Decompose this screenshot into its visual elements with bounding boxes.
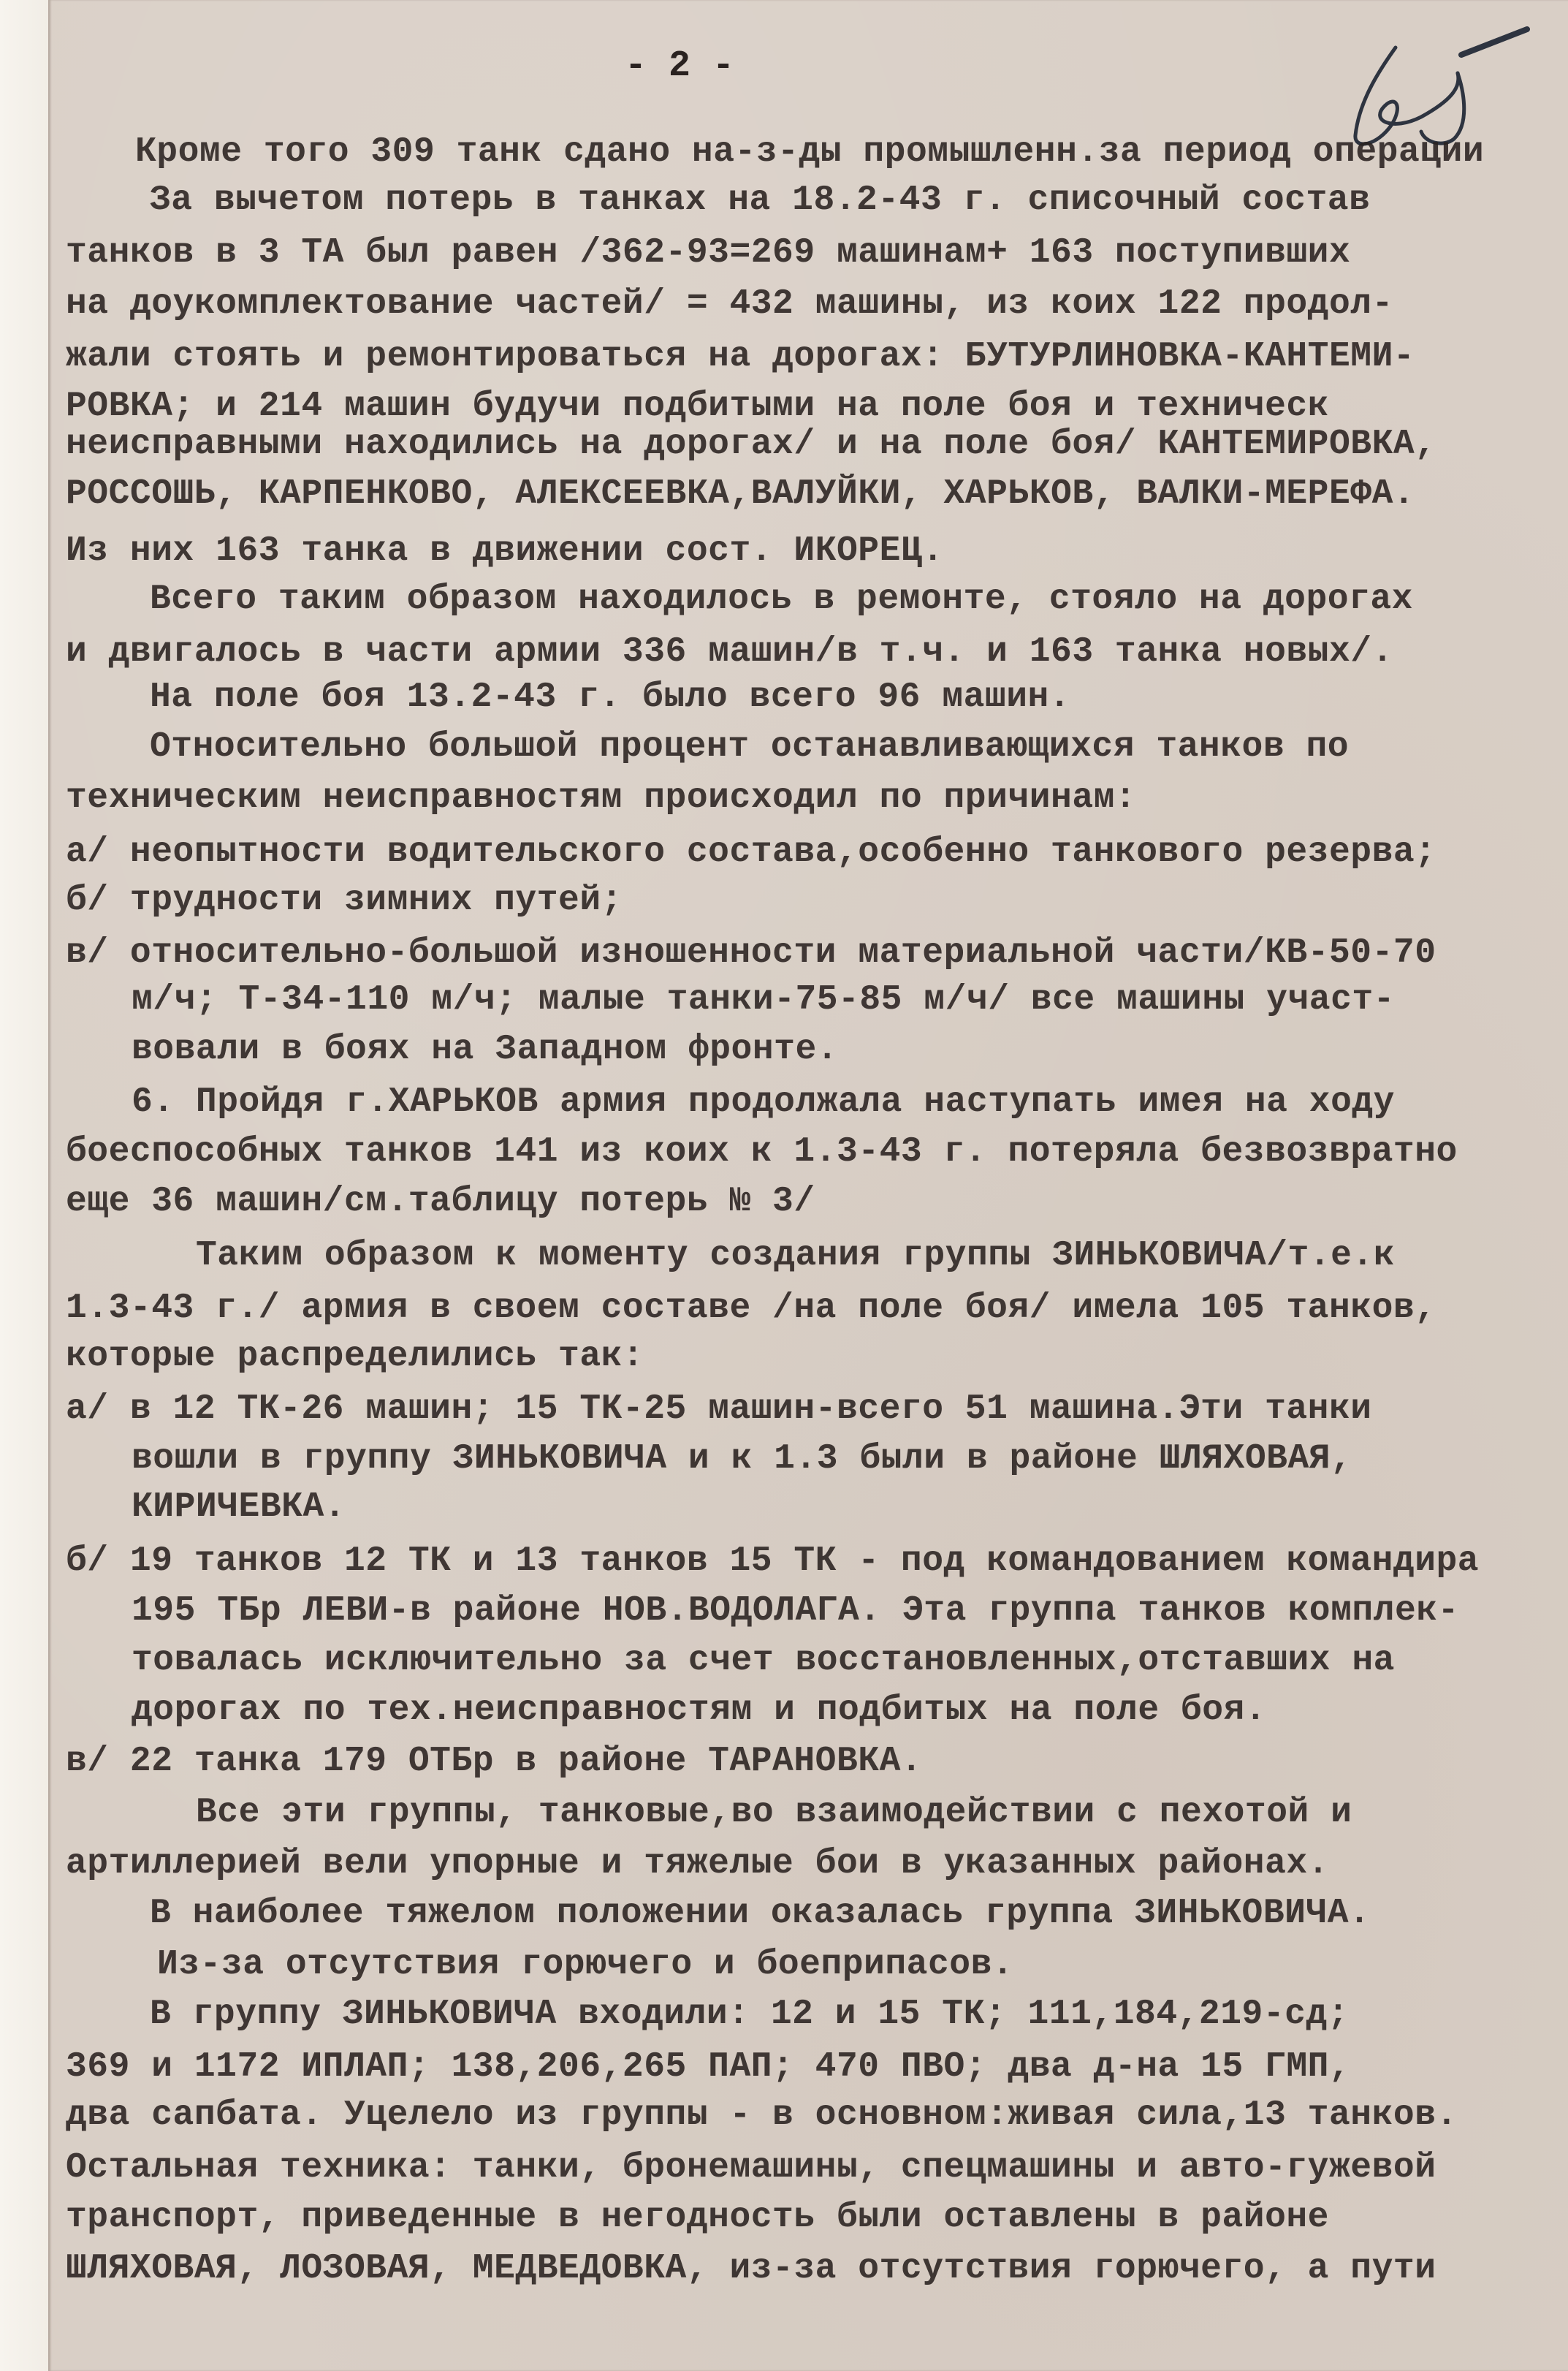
text-line: 369 и 1172 ИПЛАП; 138,206,265 ПАП; 470 П…: [66, 2046, 1350, 2087]
text-line: б/ трудности зимних путей;: [66, 880, 623, 921]
text-line: боеспособных танков 141 из коих к 1.3-43…: [66, 1131, 1458, 1172]
text-line: вовали в боях на Западном фронте.: [132, 1029, 838, 1070]
text-line: РОВКА; и 214 машин будучи подбитыми на п…: [66, 386, 1329, 427]
text-line: товалась исключительно за счет восстанов…: [132, 1640, 1395, 1681]
text-line: 1.3-43 г./ армия в своем составе /на пол…: [66, 1288, 1436, 1329]
text-line: вошли в группу ЗИНЬКОВИЧА и к 1.3 были в…: [132, 1438, 1352, 1479]
text-line: техническим неисправностям происходил по…: [66, 778, 1136, 819]
text-line: дорогах по тех.неисправностям и подбитых…: [132, 1690, 1266, 1731]
text-line: Относительно большой процент останавлива…: [150, 727, 1349, 767]
text-line: Остальная техника: танки, бронемашины, с…: [66, 2147, 1436, 2188]
text-line: В наиболее тяжелом положении оказалась г…: [150, 1893, 1370, 1934]
text-line: жали стоять и ремонтироваться на дорогах…: [66, 336, 1415, 377]
text-line: а/ неопытности водительского состава,осо…: [66, 832, 1436, 873]
text-line: Таким образом к моменту создания группы …: [196, 1235, 1395, 1276]
text-line: Кроме того 309 танк сдано на-з-ды промыш…: [135, 132, 1484, 172]
page-number: - 2 -: [625, 45, 734, 87]
text-line: в/ 22 танка 179 ОТБр в районе ТАРАНОВКА.: [66, 1741, 922, 1782]
text-line: КИРИЧЕВКА.: [132, 1487, 346, 1528]
text-line: В группу ЗИНЬКОВИЧА входили: 12 и 15 ТК;…: [150, 1994, 1349, 2035]
text-line: На поле боя 13.2-43 г. было всего 96 маш…: [150, 677, 1070, 718]
text-line: неисправными находились на дорогах/ и на…: [66, 424, 1436, 465]
text-line: б/ 19 танков 12 ТК и 13 танков 15 ТК - п…: [66, 1541, 1479, 1582]
text-line: За вычетом потерь в танках на 18.2-43 г.…: [150, 180, 1370, 221]
text-line: а/ в 12 ТК-26 машин; 15 ТК-25 машин-всег…: [66, 1389, 1372, 1430]
text-line: и двигалось в части армии 336 машин/в т.…: [66, 631, 1393, 672]
text-line: Из них 163 танка в движении сост. ИКОРЕЦ…: [66, 531, 944, 572]
text-line: еще 36 машин/см.таблицу потерь № 3/: [66, 1181, 815, 1222]
text-line: Из-за отсутствия горючего и боеприпасов.: [157, 1944, 1013, 1985]
text-line: транспорт, приведенные в негодность были…: [66, 2197, 1329, 2238]
text-line: два сапбата. Уцелело из группы - в основ…: [66, 2095, 1458, 2136]
text-line: которые распределились так:: [66, 1336, 644, 1377]
text-line: Все эти группы, танковые,во взаимодейств…: [196, 1792, 1352, 1833]
text-line: ШЛЯХОВАЯ, ЛОЗОВАЯ, МЕДВЕДОВКА, из-за отс…: [66, 2248, 1436, 2289]
text-line: на доукомплектование частей/ = 432 машин…: [66, 284, 1393, 325]
text-line: м/ч; Т-34-110 м/ч; малые танки-75-85 м/ч…: [132, 979, 1395, 1020]
text-line: в/ относительно-большой изношенности мат…: [66, 933, 1436, 974]
text-line: танков в 3 ТА был равен /362-93=269 маши…: [66, 232, 1350, 273]
text-line: 6. Пройдя г.ХАРЬКОВ армия продолжала нас…: [132, 1082, 1395, 1123]
text-line: 195 ТБр ЛЕВИ-в районе НОВ.ВОДОЛАГА. Эта …: [132, 1590, 1459, 1631]
text-line: Всего таким образом находилось в ремонте…: [150, 579, 1413, 620]
text-line: РОССОШЬ, КАРПЕНКОВО, АЛЕКСЕЕВКА,ВАЛУЙКИ,…: [66, 474, 1415, 515]
text-line: артиллерией вели упорные и тяжелые бои в…: [66, 1843, 1329, 1884]
scan-margin: [0, 0, 48, 2371]
